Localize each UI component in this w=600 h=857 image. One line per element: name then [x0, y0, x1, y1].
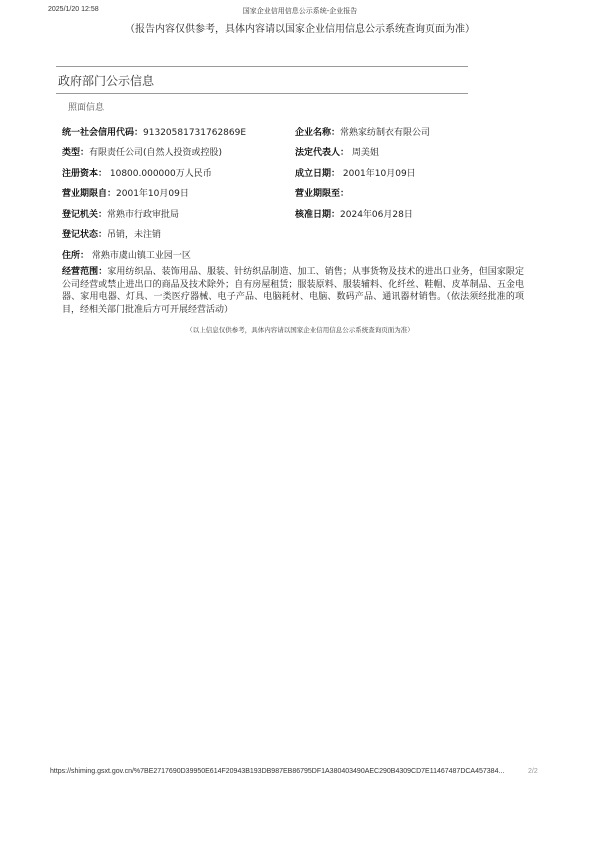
field-label: 营业期限自：: [62, 189, 116, 199]
field-authority: 登记机关：常熟市行政审批局: [62, 207, 179, 220]
field-label: 类型：: [62, 148, 89, 158]
field-established: 成立日期： 2001年10月09日: [295, 166, 416, 179]
field-label: 统一社会信用代码：: [62, 128, 143, 138]
footnote: （以上信息仅供参考，具体内容请以国家企业信用信息公示系统查询页面为准）: [0, 325, 600, 334]
page-url: https://shiming.gsxt.gov.cn/%7BE2717690D…: [50, 768, 504, 775]
field-type: 类型：有限责任公司(自然人投资或控股): [62, 145, 222, 158]
document-title: 国家企业信用信息公示系统-企业报告: [0, 6, 600, 16]
field-label: 营业期限至：: [295, 189, 349, 199]
field-value: 常熟市行政审批局: [107, 210, 179, 220]
scope-value: 家用纺织品、装饰用品、服装、针纺织品制造、加工、销售；从事货物及技术的进出口业务…: [62, 267, 524, 315]
divider-bottom: [56, 93, 468, 94]
field-value: 吊销，未注销: [107, 230, 161, 240]
business-scope: 经营范围：家用纺织品、装饰用品、服装、针纺织品制造、加工、销售；从事货物及技术的…: [62, 266, 524, 316]
field-label: 企业名称：: [295, 128, 340, 138]
field-value: 2001年10月09日: [116, 189, 189, 199]
field-legal-rep: 法定代表人： 周美姐: [295, 145, 379, 158]
field-label: 注册资本：: [62, 169, 107, 179]
field-approval-date: 核准日期：2024年06月28日: [295, 207, 413, 220]
field-value: 91320581731762869E: [143, 128, 246, 138]
field-value: 2024年06月28日: [340, 210, 413, 220]
field-status: 登记状态：吊销，未注销: [62, 227, 161, 240]
field-address: 住所： 常熟市虞山镇工业园一区: [62, 248, 191, 261]
field-company-name: 企业名称：常熟家纺制衣有限公司: [295, 125, 430, 138]
field-reg-capital: 注册资本： 10800.000000万人民币: [62, 166, 212, 179]
field-value: 常熟家纺制衣有限公司: [340, 128, 430, 138]
field-value: 10800.000000万人民币: [107, 169, 212, 179]
field-value: 周美姐: [349, 148, 379, 158]
report-notice: （报告内容仅供参考，具体内容请以国家企业信用信息公示系统查询页面为准）: [0, 20, 600, 35]
field-label: 登记状态：: [62, 230, 107, 240]
field-label: 住所：: [62, 251, 89, 261]
field-value: 有限责任公司(自然人投资或控股): [89, 148, 222, 158]
field-label: 成立日期：: [295, 169, 340, 179]
field-value: 2001年10月09日: [340, 169, 416, 179]
field-credit-code: 统一社会信用代码：91320581731762869E: [62, 125, 246, 138]
field-term-from: 营业期限自：2001年10月09日: [62, 186, 189, 199]
divider-top: [56, 66, 468, 67]
field-value: 常熟市虞山镇工业园一区: [89, 251, 191, 261]
field-label: 核准日期：: [295, 210, 340, 220]
scope-label: 经营范围：: [62, 267, 107, 277]
section-title: 政府部门公示信息: [58, 72, 154, 89]
subsection-title: 照面信息: [68, 100, 104, 113]
field-label: 法定代表人：: [295, 148, 349, 158]
field-term-to: 营业期限至：: [295, 186, 349, 199]
field-label: 登记机关：: [62, 210, 107, 220]
page-number: 2/2: [528, 768, 538, 775]
